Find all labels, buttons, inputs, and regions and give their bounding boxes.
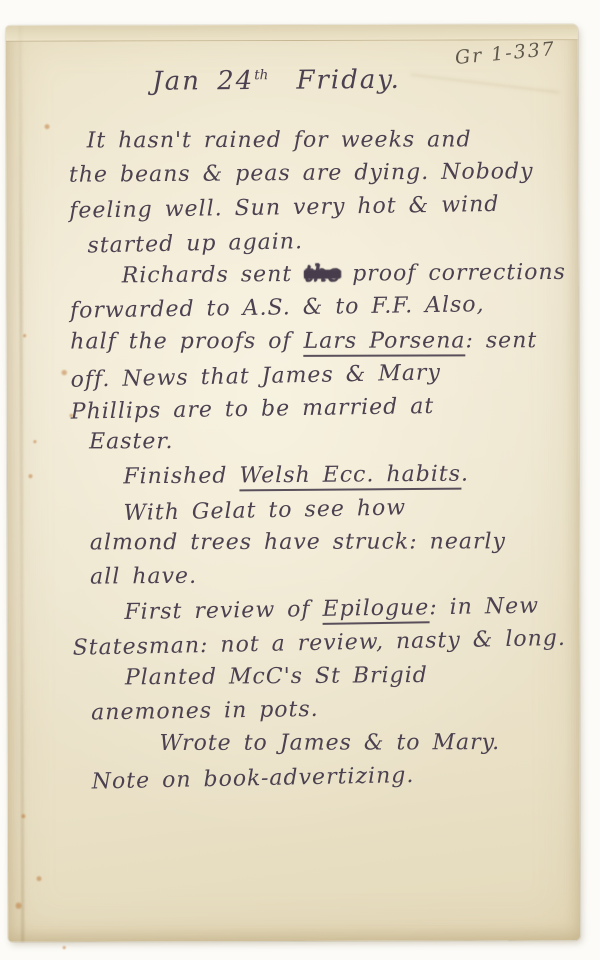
handwritten-text: With Gelat to see how [123, 495, 406, 526]
underlined-text: Epilogue [322, 595, 429, 625]
diary-line: all have. [90, 557, 562, 594]
handwritten-text: Richards sent [122, 262, 305, 288]
handwritten-text: Wrote to James & to Mary. [159, 730, 500, 756]
handwritten-text: the beans & peas are dying. Nobody [69, 159, 534, 188]
diary-line: anemones in pots. [91, 689, 563, 730]
diary-line: Note on book-advertizing. [91, 756, 564, 799]
handwritten-text: half the proofs of [70, 329, 303, 355]
handwritten-text: First review of [124, 597, 323, 625]
handwritten-text: forwarded to A.S. & to F.F. Also, [70, 292, 485, 324]
handwritten-text: off. News that James & Mary [70, 360, 441, 392]
diary-line: Planted McC's St Brigid [125, 658, 563, 695]
diary-line: forwarded to A.S. & to F.F. Also, [70, 287, 560, 328]
diary-line: the beans & peas are dying. Nobody [69, 155, 559, 192]
foxing-spot [21, 814, 26, 819]
foxing-spot [36, 876, 42, 882]
diary-line: almond trees have struck: nearly [90, 525, 562, 560]
handwritten-text: anemones in pots. [91, 697, 319, 726]
handwritten-text: Phillips are to be married at [71, 394, 435, 425]
diary-lines: It hasn't rained for weeks andthe beans … [69, 122, 564, 796]
handwritten-text: proof corrections [340, 260, 566, 287]
diary-line: It hasn't rained for weeks and [87, 123, 559, 158]
struck-out-text: the [304, 261, 340, 286]
foxing-spot [15, 902, 22, 910]
diary-line: Richards sent the proof corrections [122, 256, 560, 293]
entry-date-heading: Jan 24th Friday. [152, 53, 558, 102]
diary-page: Gr 1-337 Jan 24th Friday. It hasn't rain… [6, 24, 580, 941]
handwritten-text: th [254, 67, 268, 83]
handwritten-text: . [461, 461, 469, 486]
handwritten-text: started up again. [87, 229, 303, 258]
diary-line: Finished Welsh Ecc. habits. [123, 457, 561, 494]
handwritten-text: feeling well. Sun very hot & wind [69, 192, 499, 224]
handwritten-text: Easter. [89, 429, 173, 454]
handwritten-text: almond trees have struck: nearly [90, 529, 506, 555]
handwritten-text: It hasn't rained for weeks and [87, 127, 472, 153]
underlined-text: Lars Porsena [304, 328, 466, 356]
diary-line: half the proofs of Lars Porsena: sent [70, 324, 560, 359]
handwritten-text: Friday. [268, 65, 401, 96]
diary-line: Phillips are to be married at [71, 388, 561, 429]
handwritten-text: Note on book-advertizing. [92, 763, 415, 794]
underlined-text: Welsh Ecc. habits [239, 461, 461, 491]
handwritten-text: Finished [123, 463, 239, 489]
diary-content: Jan 24th Friday. It hasn't rained for we… [4, 23, 582, 796]
handwritten-text: Statesman: not a review, nasty & long. [72, 626, 566, 661]
handwritten-text: Planted McC's St Brigid [125, 663, 428, 690]
handwritten-text: : in New [429, 593, 539, 620]
handwritten-text: Jan 24 [152, 66, 254, 97]
diary-line: Easter. [89, 424, 561, 459]
handwritten-text: : sent [465, 328, 537, 353]
handwritten-text: all have. [90, 564, 197, 590]
foxing-spot [62, 946, 66, 950]
diary-line: Wrote to James & to Mary. [159, 726, 563, 761]
